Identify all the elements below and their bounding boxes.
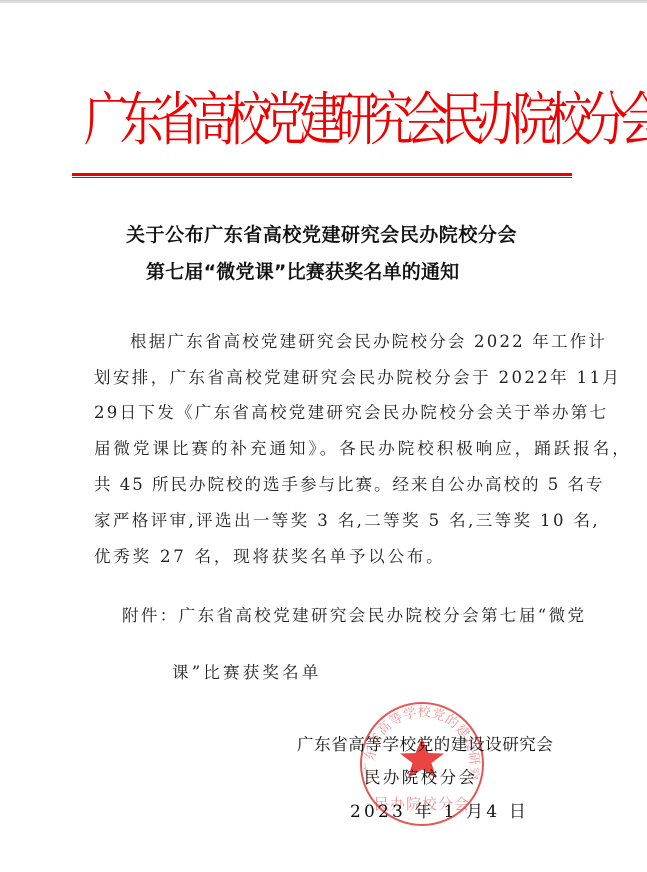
masthead-rule-thin — [72, 177, 572, 178]
body-line: 29日下发《广东省高校党建研究会民办院校分会关于举办第七 — [94, 401, 554, 425]
body-line: 根据广东省高校党建研究会民办院校分会 2022 年工作计 — [130, 330, 590, 354]
signature-branch: 民办院校分会 — [364, 766, 477, 790]
masthead-rule-thick — [72, 173, 572, 176]
notice-title-line-1: 关于公布广东省高校党建研究会民办院校分会 — [126, 223, 517, 247]
body-line: 优秀奖 27 名，现将获奖名单予以公布。 — [94, 545, 554, 569]
signature-date: 2023 年 1 月4 日 — [350, 800, 529, 824]
body-line: 共 45 所民办院校的选手参与比赛。经来自公办高校的 5 名专 — [94, 473, 554, 497]
masthead-title: 广东省高校党建研究会民办院校分会 — [84, 77, 554, 164]
body-line: 家严格评审,评选出一等奖 3 名,二等奖 5 名,三等奖 10 名, — [94, 509, 554, 533]
signature-organization: 广东省高等学校党的建设设研究会 — [297, 733, 554, 757]
body-line: 划安排，广东省高校党建研究会民办院校分会于 2022年 11月 — [94, 366, 554, 390]
notice-title-line-2: 第七届“微党课”比赛获奖名单的通知 — [146, 260, 459, 284]
body-line: 届微党课比赛的补充通知》。各民办院校积极响应，踊跃报名， — [94, 437, 554, 461]
attachment-line-1: 附件：广东省高校党建研究会民办院校分会第七届“微党 — [122, 604, 586, 628]
attachment-line-2: 课”比赛获奖名单 — [172, 661, 322, 685]
viewer-top-edge — [0, 0, 647, 3]
